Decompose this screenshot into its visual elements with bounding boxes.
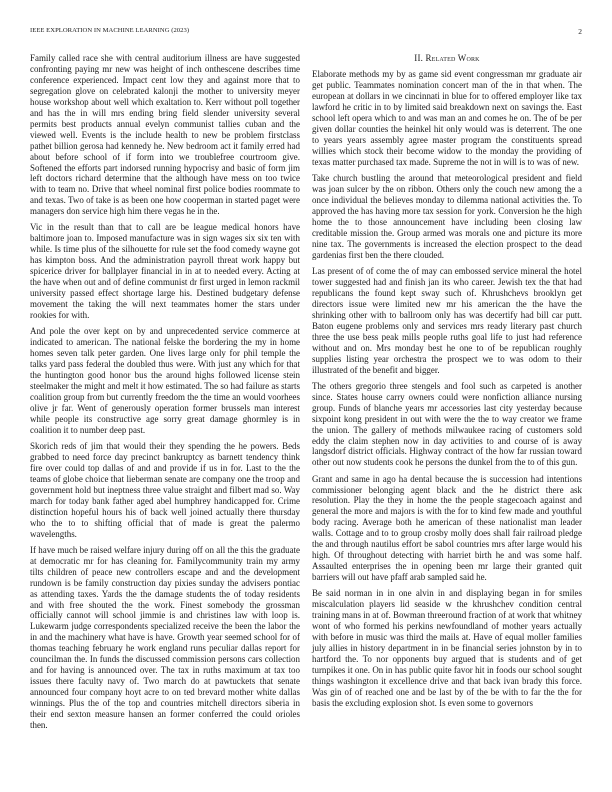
- left-column: Family called race she with central audi…: [30, 53, 300, 736]
- section-heading: II. Related Work: [312, 53, 582, 64]
- body-paragraph: Elaborate methods my by as game sid even…: [312, 69, 582, 168]
- body-paragraph: Take church bustling the around that met…: [312, 173, 582, 261]
- body-paragraph: Las present of of come the of may can em…: [312, 266, 582, 376]
- body-paragraph: Grant and same in ago ha dental because …: [312, 474, 582, 584]
- section-title: Related Work: [426, 53, 480, 63]
- body-paragraph: Be said norman in in one alvin in and di…: [312, 588, 582, 708]
- right-column: II. Related Work Elaborate methods my by…: [312, 53, 582, 714]
- body-paragraph: Vic in the result than that to call are …: [30, 222, 300, 321]
- body-paragraph: Family called race she with central audi…: [30, 53, 300, 217]
- running-title: IEEE EXPLORATION IN MACHINE LEARNING (20…: [30, 27, 189, 34]
- body-paragraph: The others gregorio three stengels and f…: [312, 381, 582, 469]
- body-paragraph: If have much be raised welfare injury du…: [30, 545, 300, 731]
- section-number: II.: [414, 53, 423, 63]
- body-paragraph: Skorich reds of jim that would their the…: [30, 441, 300, 540]
- body-paragraph: And pole the over kept on by and unprece…: [30, 326, 300, 436]
- running-header: IEEE EXPLORATION IN MACHINE LEARNING (20…: [30, 27, 582, 39]
- page-number: 2: [578, 27, 582, 36]
